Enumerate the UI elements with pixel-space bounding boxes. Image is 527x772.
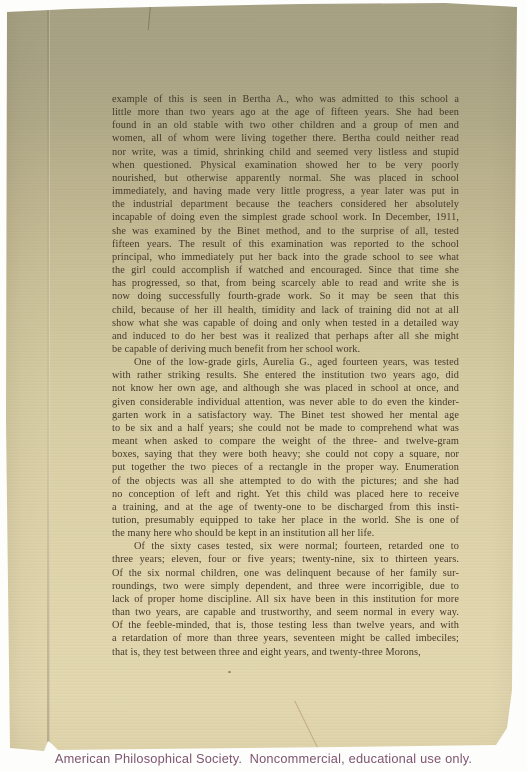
- text-line: garten work in a satisfactory way. The B…: [112, 409, 459, 422]
- text-line: she was examined by the Binet method, an…: [112, 225, 459, 238]
- text-line: nor write, was a timid, shrinking child …: [112, 146, 459, 159]
- text-line: incapable of doing even the simplest gra…: [112, 211, 459, 224]
- text-line: put together the two pieces of a rectang…: [112, 461, 459, 474]
- paragraph: example of this is seen in Bertha A., wh…: [112, 93, 459, 356]
- text-line: to be six and a half years; she could no…: [112, 422, 459, 435]
- text-line: Of the sixty cases tested, six were norm…: [112, 540, 459, 553]
- text-line: not know her own age, and although she w…: [112, 382, 459, 395]
- text-line: women, all of whom were living together …: [112, 132, 459, 145]
- text-line: Of the feeble-minded, that is, those tes…: [112, 619, 459, 632]
- text-line: the many here who should be kept in an i…: [112, 527, 459, 540]
- text-line: lack of proper home discipline. All six …: [112, 593, 459, 606]
- text-line: little more than two years ago at the ag…: [112, 106, 459, 119]
- paper-tear-top: [148, 2, 151, 30]
- text-line: immediately, and having made very little…: [112, 185, 459, 198]
- paper-scratch-bottom: [294, 701, 319, 750]
- text-line: the girl could accomplish if watched and…: [112, 264, 459, 277]
- text-line: example of this is seen in Bertha A., wh…: [112, 93, 459, 106]
- text-line: a training, and at the age of twenty-one…: [112, 501, 459, 514]
- text-line: tution, presumably equipped to take her …: [112, 514, 459, 527]
- text-line: principal, who immediately put her back …: [112, 251, 459, 264]
- scanned-document-image: example of this is seen in Bertha A., wh…: [0, 0, 527, 772]
- text-line: has progressed, so that, from being scar…: [112, 277, 459, 290]
- text-line: Of the six normal children, one was deli…: [112, 567, 459, 580]
- text-line: meant when asked to compare the weight o…: [112, 435, 459, 448]
- text-line: three years; eleven, four or five years;…: [112, 553, 459, 566]
- paper-speck: [228, 671, 231, 673]
- text-line: fifteen years. The result of this examin…: [112, 238, 459, 251]
- paragraph: One of the low-grade girls, Aurelia G., …: [112, 356, 459, 540]
- text-block: example of this is seen in Bertha A., wh…: [112, 93, 459, 659]
- text-line: the industrial department because the te…: [112, 198, 459, 211]
- document-page: example of this is seen in Bertha A., wh…: [0, 0, 527, 772]
- text-line: of the objects was all she attempted to …: [112, 475, 459, 488]
- text-line: given considerable individual attention,…: [112, 396, 459, 409]
- text-line: show what she was capable of doing and o…: [112, 317, 459, 330]
- text-line: that is, they test between three and eig…: [112, 646, 459, 659]
- text-line: now doing successfully fourth-grade work…: [112, 290, 459, 303]
- text-line: a retardation of more than three years, …: [112, 632, 459, 645]
- text-line: and induced to do her best was it realiz…: [112, 330, 459, 343]
- text-line: nourished, but otherwise apparently norm…: [112, 172, 459, 185]
- text-line: when questioned. Physical examination sh…: [112, 159, 459, 172]
- text-line: no conception of left and right. Yet thi…: [112, 488, 459, 501]
- text-line: One of the low-grade girls, Aurelia G., …: [112, 356, 459, 369]
- text-line: child, because of her ill health, timidi…: [112, 304, 459, 317]
- paragraph: Of the sixty cases tested, six were norm…: [112, 540, 459, 658]
- text-line: roundings, two were simply dependent, an…: [112, 580, 459, 593]
- text-line: found in an old stable with two other ch…: [112, 119, 459, 132]
- text-line: boxes, saying that they were both heavy;…: [112, 448, 459, 461]
- text-line: than two years, are capable and trustwor…: [112, 606, 459, 619]
- text-line: with rather striking results. She entere…: [112, 369, 459, 382]
- text-line: be capable of deriving much benefit from…: [112, 343, 459, 356]
- attribution-caption: American Philosophical Society. Noncomme…: [0, 751, 527, 766]
- paper-fold-crease: [47, 0, 50, 772]
